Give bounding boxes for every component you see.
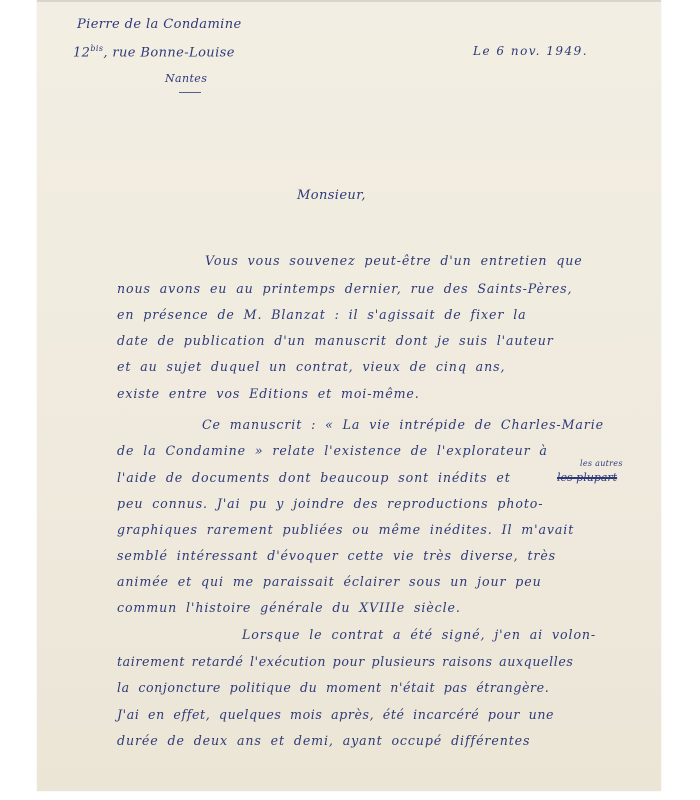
body-line: date de publication d'un manuscrit dont … xyxy=(117,333,554,348)
body-line: de la Condamine » relate l'existence de … xyxy=(117,443,548,458)
letter-page: Pierre de la Condamine 12bis, rue Bonne-… xyxy=(37,0,661,791)
body-line: J'ai en effet, quelques mois après, été … xyxy=(117,707,554,722)
body-line: tairement retardé l'exécution pour plusi… xyxy=(117,654,573,669)
sender-city: Nantes xyxy=(165,72,207,85)
inserted-correction: les autres xyxy=(580,459,623,468)
body-line: Vous vous souvenez peut-être d'un entret… xyxy=(205,253,583,268)
body-line: l'aide de documents dont beaucoup sont i… xyxy=(117,470,511,485)
body-line: en présence de M. Blanzat : il s'agissai… xyxy=(117,307,527,322)
body-line: peu connus. J'ai pu y joindre des reprod… xyxy=(117,496,543,511)
body-line: Ce manuscrit : « La vie intrépide de Cha… xyxy=(202,417,604,432)
sender-address: 12bis, rue Bonne-Louise xyxy=(73,44,235,60)
body-line: nous avons eu au printemps dernier, rue … xyxy=(117,281,572,296)
address-number: 12 xyxy=(73,45,90,60)
body-line: commun l'histoire générale du XVIIIe siè… xyxy=(117,600,461,615)
address-street: , rue Bonne-Louise xyxy=(103,45,234,60)
body-line: durée de deux ans et demi, ayant occupé … xyxy=(117,733,530,748)
body-line: la conjoncture politique du moment n'éta… xyxy=(117,680,549,695)
body-line: Lorsque le contrat a été signé, j'en ai … xyxy=(242,627,596,642)
body-line: animée et qui me paraissait éclairer sou… xyxy=(117,574,542,589)
body-line: graphiques rarement publiées ou même iné… xyxy=(117,522,574,537)
body-line: semblé intéressant d'évoquer cette vie t… xyxy=(117,548,556,563)
struck-text: les plupart xyxy=(557,471,617,484)
letter-date: Le 6 nov. 1949. xyxy=(473,44,588,58)
address-suffix: bis xyxy=(90,44,103,53)
sender-name: Pierre de la Condamine xyxy=(77,17,242,32)
underline-divider xyxy=(179,92,201,93)
body-line: existe entre vos Editions et moi-même. xyxy=(117,386,420,401)
salutation: Monsieur, xyxy=(297,188,366,203)
body-line: et au sujet duquel un contrat, vieux de … xyxy=(117,359,505,374)
